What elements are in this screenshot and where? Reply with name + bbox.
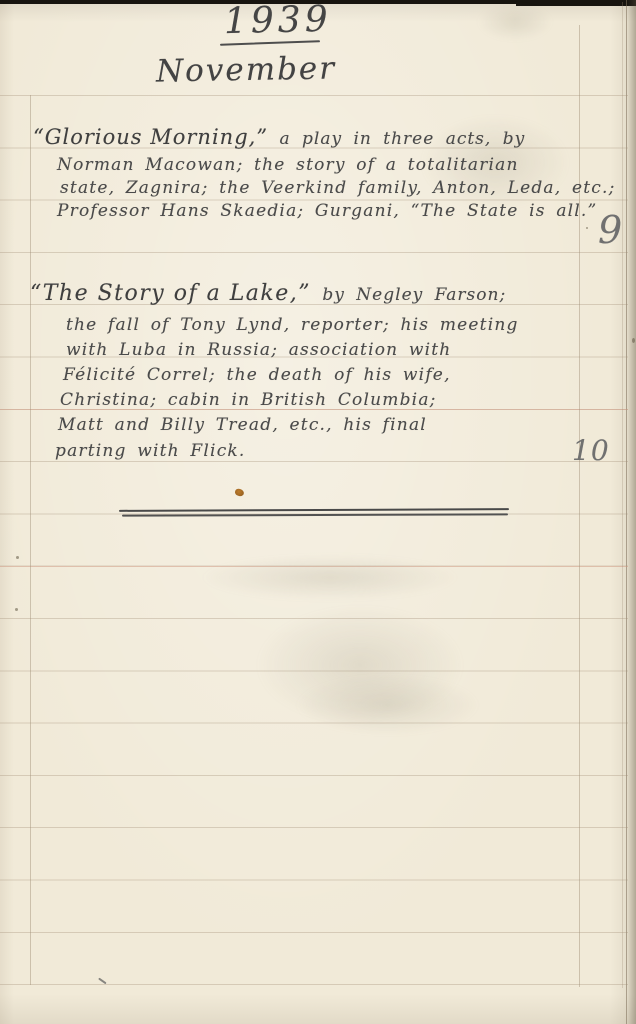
diary-page: 1939 November “Glorious Morning,” a play… [0,0,636,1024]
entry-2-line-3: with Luba in Russia; association with [66,340,451,360]
month-heading: November [156,50,337,89]
paper-speck [632,338,635,343]
year-title: 1939 [224,0,332,42]
entry-2-line-7: parting with Flick. [55,441,246,461]
show-through-smudge [478,4,552,40]
entry-2-title: “The Story of a Lake,” [30,281,311,306]
paper-speck [16,556,19,559]
left-margin-line [30,95,31,985]
entry-1-title-rest: a play in three acts, by [268,129,525,149]
entry-1-line-1: “Glorious Morning,” a play in three acts… [33,125,525,149]
entry-2-line-4: Félicité Correl; the death of his wife, [63,365,451,385]
entry-2-line-5: Christina; cabin in British Columbia; [60,390,437,410]
paper-speck [15,608,18,611]
right-margin-line [579,25,580,987]
entry-1-title: “Glorious Morning,” [33,125,268,149]
show-through-smudge [200,555,460,600]
entry-2-line-1: “The Story of a Lake,” by Negley Farson; [30,281,506,306]
entry-1-line-3: state, Zagnira; the Veerkind family, Ant… [60,178,616,198]
right-margin-line-outer [622,2,623,988]
ruled-lines [0,95,628,986]
entry-2-line-6: Matt and Billy Tread, etc., his final [58,415,427,435]
entry-1-line-2: Norman Macowan; the story of a totalitar… [57,155,519,175]
entry-1-page-number: 9 [598,208,622,252]
show-through-smudge [295,675,480,735]
entry-2-line-2: the fall of Tony Lynd, reporter; his mee… [66,315,519,335]
entry-2-title-rest: by Negley Farson; [311,285,506,305]
entry-1-line-4: Professor Hans Skaedia; Gurgani, “The St… [57,201,597,221]
entry-2-page-number: 10 [572,434,610,467]
paper-speck [586,227,588,229]
